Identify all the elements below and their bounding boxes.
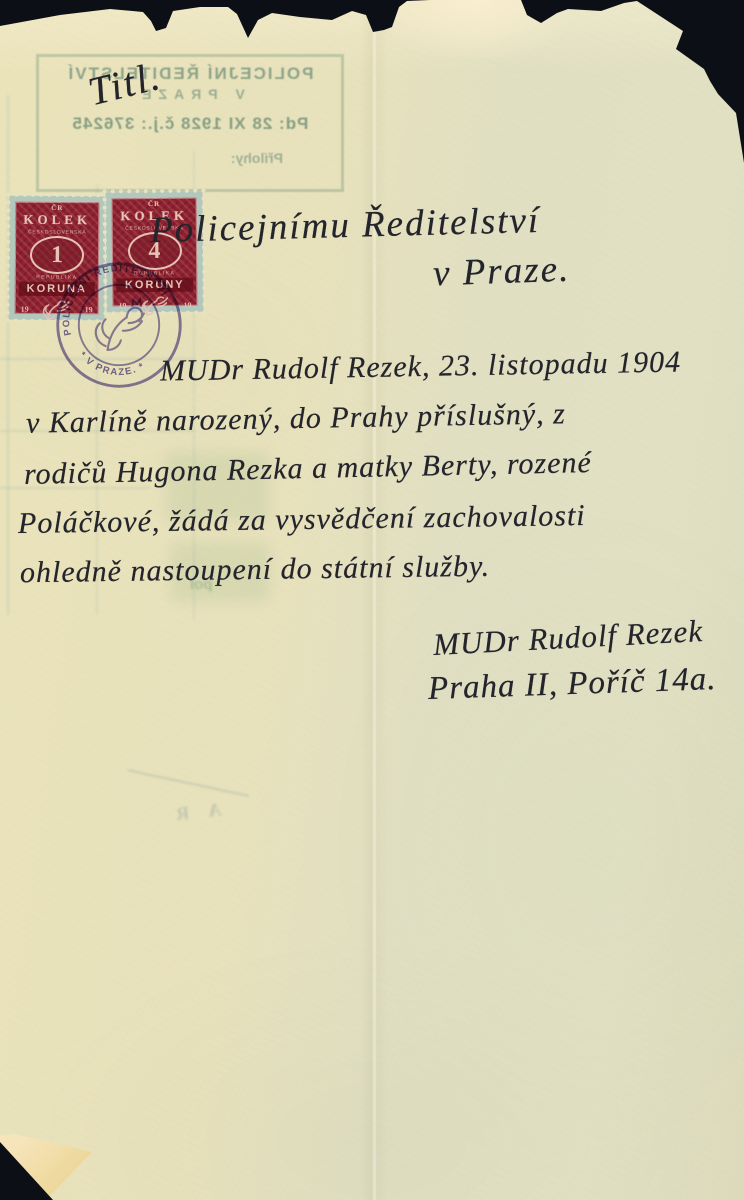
bleedthrough-letters: A R — [167, 799, 222, 825]
stamp-year-left: 19 — [21, 304, 29, 313]
scan-background: pol A R POLICEJNÍ ŘEDITELSTVÍ V PRAZE Pd… — [0, 0, 744, 1200]
stamp-title: KOLEK — [16, 212, 98, 229]
handwritten-signature: MUDr Rudolf Rezek — [432, 613, 704, 663]
handwritten-body-line: rodičů Hugona Rezka a matky Berty, rozen… — [24, 446, 592, 492]
handwritten-addressee-city: v Praze. — [432, 248, 571, 296]
arrival-stamp-mirrored: POLICEJNÍ ŘEDITELSTVÍ V PRAZE Pd: 28 XI … — [36, 54, 344, 192]
torn-flap-highlight — [380, 0, 570, 58]
handwritten-addressee: Policejnímu Ředitelství — [150, 199, 541, 252]
document-page: pol A R POLICEJNÍ ŘEDITELSTVÍ V PRAZE Pd… — [0, 0, 744, 1200]
bleedthrough-line — [127, 769, 249, 797]
handwritten-body-line: MUDr Rudolf Rezek, 23. listopadu 1904 — [160, 345, 682, 388]
arrival-stamp-place: V PRAZE — [39, 86, 341, 102]
arrival-stamp-date-number: Pd: 28 XI 1928 č.j.: 376245 — [39, 114, 341, 134]
handwritten-body-line: ohledně nastoupení do státní služby. — [20, 550, 491, 591]
folded-corner — [0, 1128, 100, 1200]
czech-lion-icon — [96, 299, 144, 350]
arrival-stamp-attachments: Přílohy: — [39, 150, 283, 166]
stamp-ring-top: ČESKOSLOVENSKÁ — [28, 230, 87, 235]
handwritten-body-line: Poláčkové, žádá za vysvědčení zachovalos… — [18, 499, 586, 541]
vertical-fold-crease — [360, 0, 388, 1200]
handwritten-signature-address: Praha II, Poříč 14a. — [427, 661, 717, 708]
handwritten-body-line: v Karlíně narozený, do Prahy příslušný, … — [26, 397, 566, 440]
